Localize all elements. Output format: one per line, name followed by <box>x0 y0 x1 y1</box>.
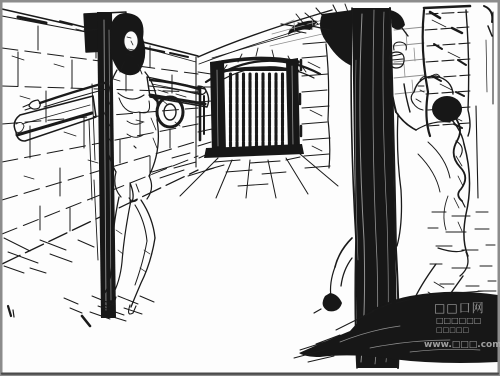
right-brick-wall <box>393 6 496 300</box>
watermark-line-2: □□□□□□ <box>436 317 496 325</box>
watermark: □□口网 □□□□□□ □□□□□ www.□□□.com <box>422 302 496 350</box>
gate-bars <box>231 74 283 146</box>
barred-gate <box>204 48 320 163</box>
watermark-line-3: □□□□□ <box>436 327 496 334</box>
watermark-line-1: □□口网 <box>434 302 496 314</box>
watermark-url: www.□□□.com <box>424 341 496 350</box>
beard-hair <box>432 96 462 122</box>
dungeon-illustration: □□口网 □□□□□□ □□□□□ www.□□□.com <box>0 0 500 376</box>
bottom-left-marks <box>8 306 14 317</box>
floor-lines <box>152 153 338 198</box>
stone-column <box>300 42 330 168</box>
